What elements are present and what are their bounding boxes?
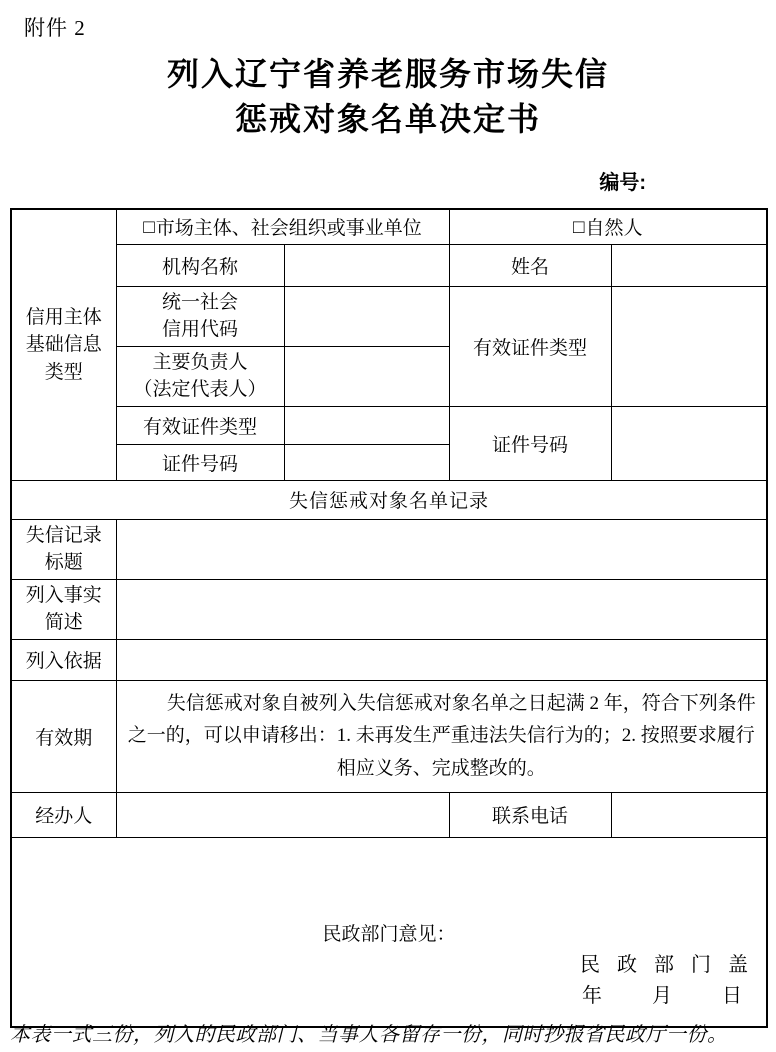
org-name-label: 机构名称 xyxy=(116,244,284,286)
day-label: 日 xyxy=(722,981,742,1012)
org-id-number-value-cell[interactable] xyxy=(284,444,449,480)
validity-text: 失信惩戒对象自被列入失信惩戒对象名单之日起满 2 年，符合下列条件之一的，可以申… xyxy=(116,680,767,792)
person-id-type-value-cell[interactable] xyxy=(611,286,767,406)
org-name-value-cell[interactable] xyxy=(284,244,449,286)
org-id-type-value-cell[interactable] xyxy=(284,406,449,444)
person-id-number-label: 证件号码 xyxy=(449,406,611,480)
uscc-value-cell[interactable] xyxy=(284,286,449,346)
facts-value-cell[interactable] xyxy=(116,579,767,639)
natural-person-checkbox-label: 自然人 xyxy=(585,218,642,239)
handler-label: 经办人 xyxy=(11,792,116,837)
validity-label: 有效期 xyxy=(11,680,116,792)
document-page: 附件 2 列入辽宁省养老服务市场失信 惩戒对象名单决定书 编号: 信用主体 基础… xyxy=(0,0,776,1052)
date-line: 年 月 日 xyxy=(580,981,752,1012)
main-form-table: 信用主体 基础信息 类型 □市场主体、社会组织或事业单位 □自然人 机构名称 姓… xyxy=(10,208,768,1028)
person-id-number-value-cell[interactable] xyxy=(611,406,767,480)
footer-note: 本表一式三份，列入的民政部门、当事人各留存一份，同时抄报省民政厅一份。 xyxy=(10,1018,770,1047)
record-title-label: 失信记录 标题 xyxy=(11,519,116,579)
phone-label: 联系电话 xyxy=(449,792,611,837)
civil-affairs-opinion-cell[interactable]: 民政部门意见： 民 政 部 门 盖 章 年 月 日 xyxy=(11,837,767,1027)
checkbox-market-entity-cell: □市场主体、社会组织或事业单位 xyxy=(116,209,449,244)
document-title: 列入辽宁省养老服务市场失信 惩戒对象名单决定书 xyxy=(0,52,776,142)
legal-representative-label: 主要负责人 （法定代表人） xyxy=(116,346,284,406)
person-name-value-cell[interactable] xyxy=(611,244,767,286)
year-label: 年 xyxy=(582,981,602,1012)
basis-value-cell[interactable] xyxy=(116,639,767,680)
org-id-number-label: 证件号码 xyxy=(116,444,284,480)
credit-subject-type-label: 信用主体 基础信息 类型 xyxy=(11,209,116,480)
facts-label: 列入事实 简述 xyxy=(11,579,116,639)
person-id-type-label: 有效证件类型 xyxy=(449,286,611,406)
civil-affairs-opinion-label: 民政部门意见： xyxy=(322,924,455,945)
department-seal-label: 民 政 部 门 盖 章 xyxy=(580,950,752,981)
attachment-label: 附件 2 xyxy=(24,12,86,42)
market-entity-checkbox-icon[interactable]: □ xyxy=(143,217,154,239)
title-line-2: 惩戒对象名单决定书 xyxy=(0,97,776,142)
checkbox-natural-person-cell: □自然人 xyxy=(449,209,767,244)
record-section-title: 失信惩戒对象名单记录 xyxy=(11,480,767,519)
phone-value-cell[interactable] xyxy=(611,792,767,837)
record-title-value-cell[interactable] xyxy=(116,519,767,579)
market-entity-checkbox-label: 市场主体、社会组织或事业单位 xyxy=(156,218,422,239)
number-label: 编号: xyxy=(599,166,646,195)
natural-person-checkbox-icon[interactable]: □ xyxy=(573,217,584,239)
month-label: 月 xyxy=(652,981,672,1012)
person-name-label: 姓名 xyxy=(449,244,611,286)
handler-value-cell[interactable] xyxy=(116,792,449,837)
legal-representative-value-cell[interactable] xyxy=(284,346,449,406)
basis-label: 列入依据 xyxy=(11,639,116,680)
org-id-type-label: 有效证件类型 xyxy=(116,406,284,444)
title-line-1: 列入辽宁省养老服务市场失信 xyxy=(0,52,776,97)
uscc-label: 统一社会 信用代码 xyxy=(116,286,284,346)
seal-and-date-block: 民 政 部 门 盖 章 年 月 日 xyxy=(580,950,752,1012)
